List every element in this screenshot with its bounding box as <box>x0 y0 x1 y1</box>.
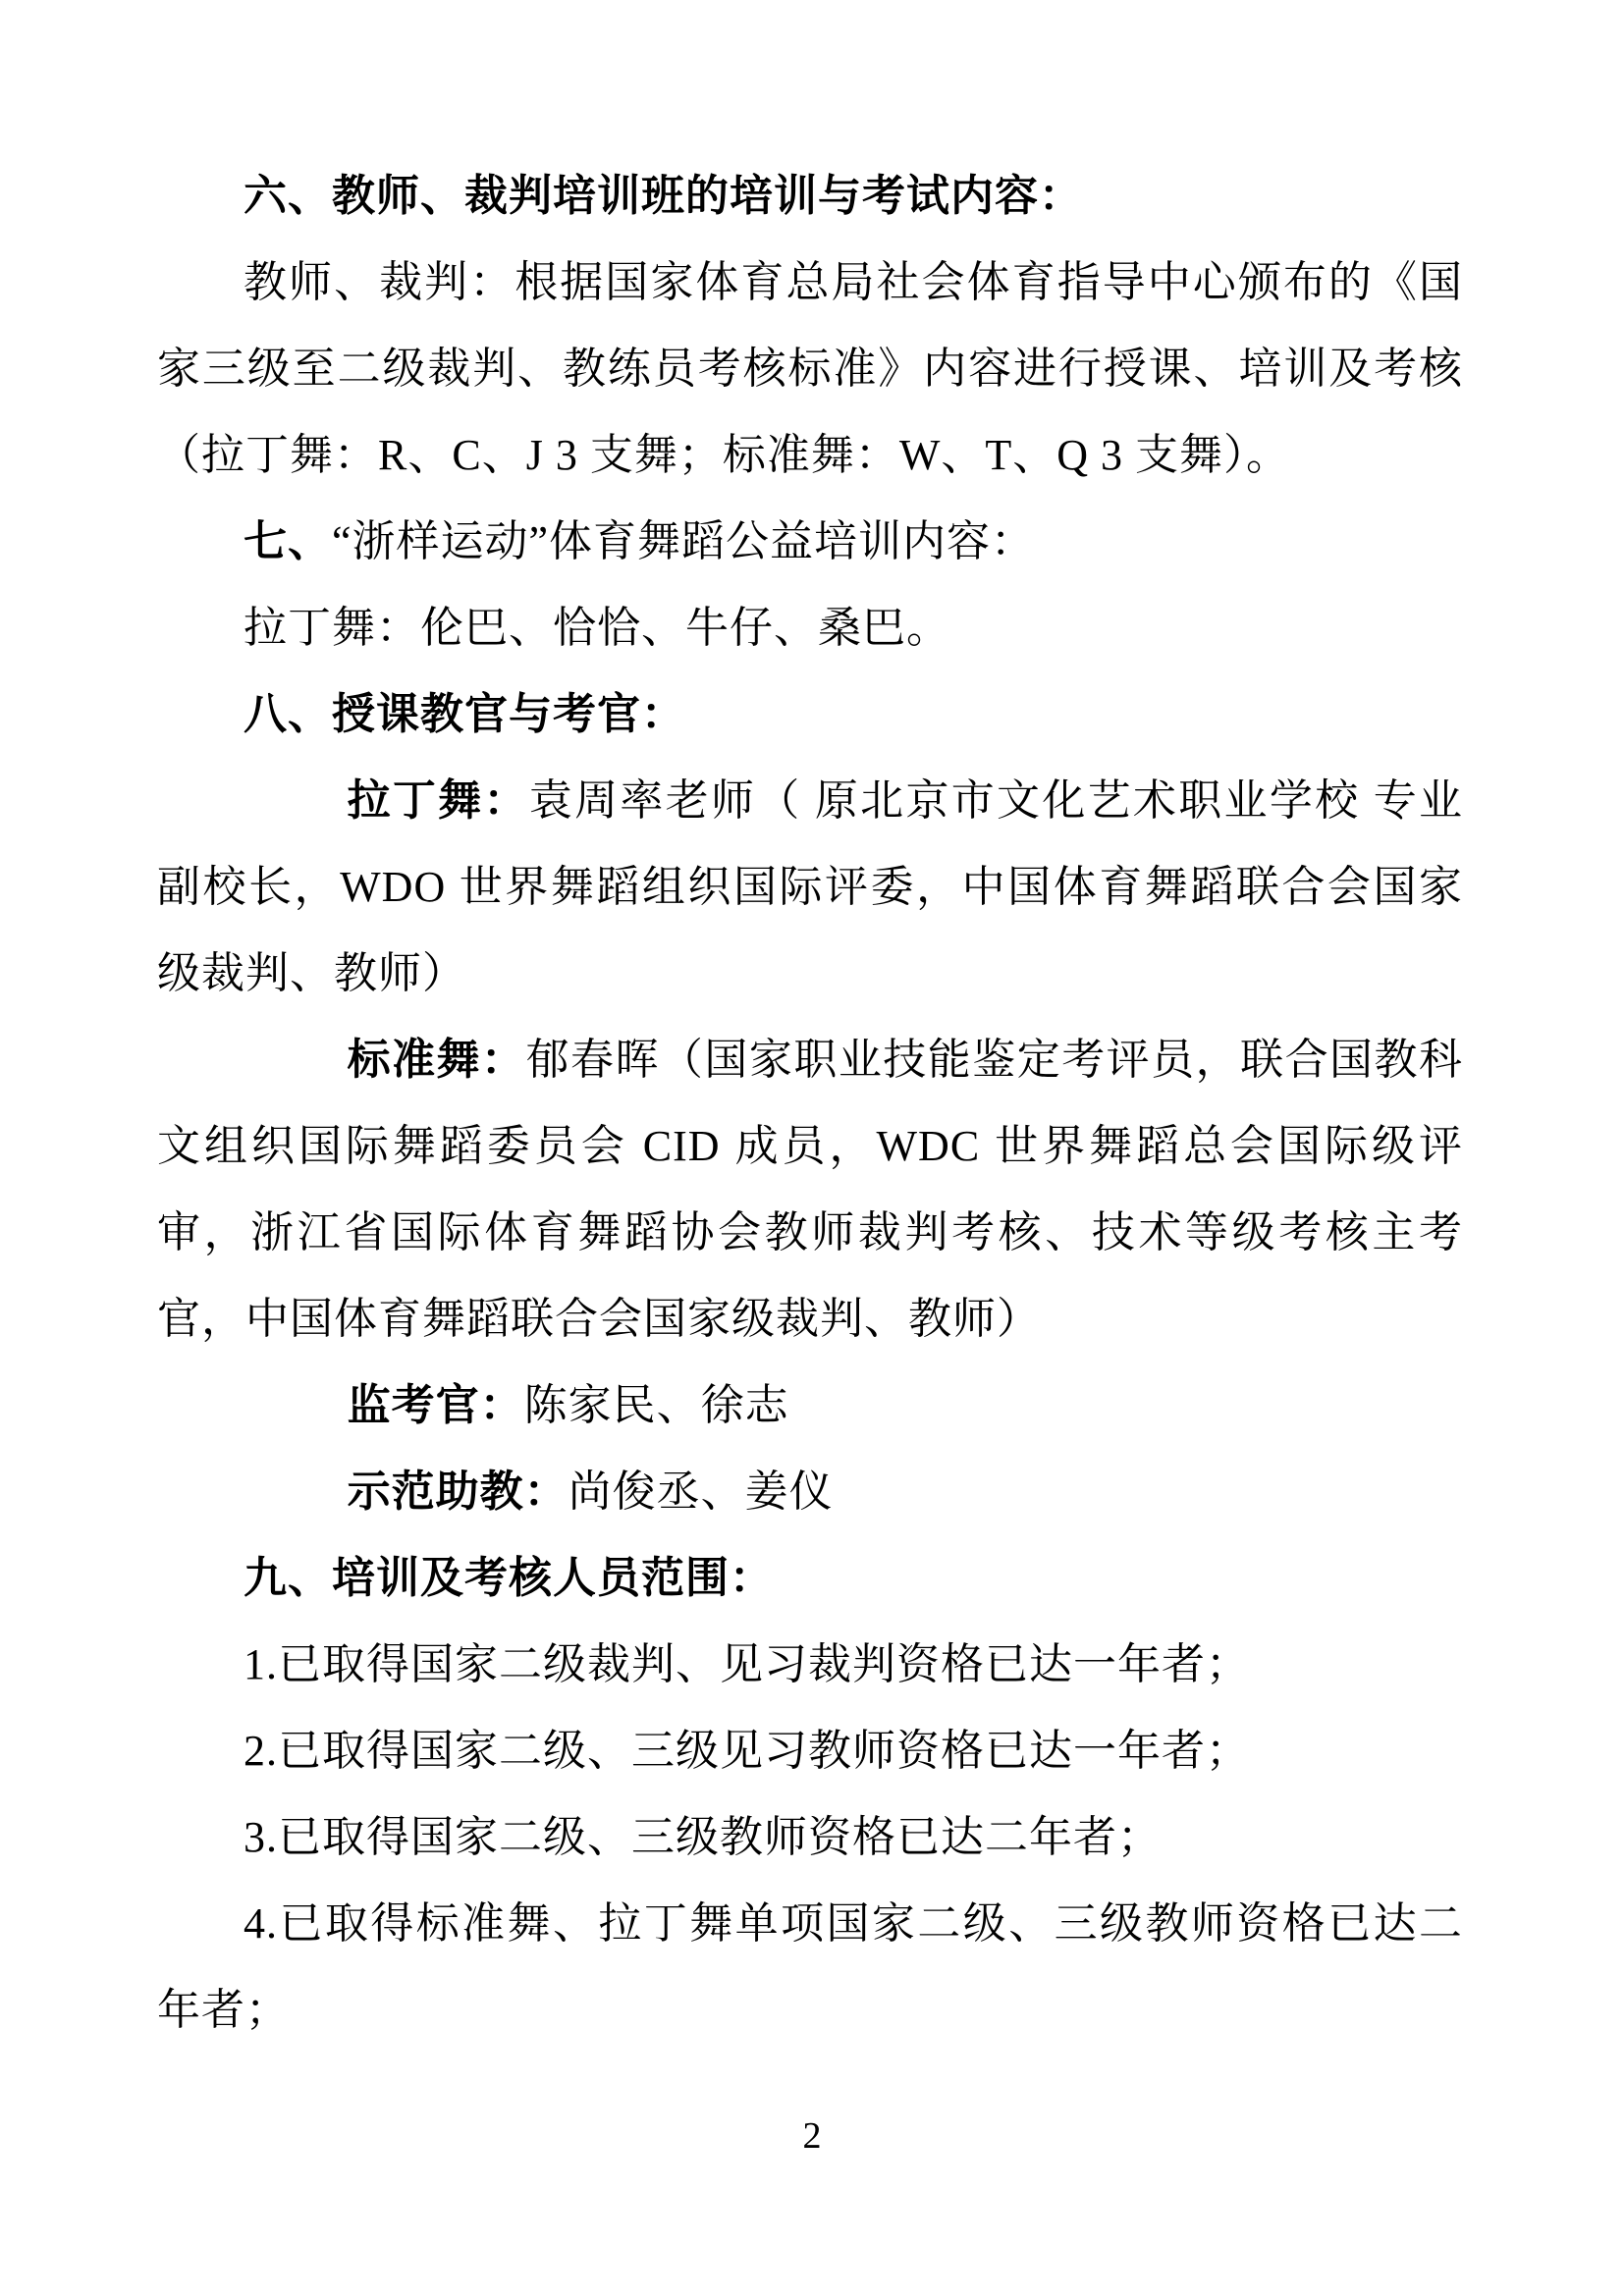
section7-heading-number: 七、 <box>244 517 332 565</box>
requirement-item-3: 3.已取得国家二级、三级教师资格已达二年者； <box>157 1794 1463 1881</box>
section6-heading: 六、教师、裁判培训班的培训与考试内容： <box>157 153 1463 240</box>
standard-label: 标准舞： <box>348 1036 526 1084</box>
latin-teacher-paragraph: 拉丁舞：袁周率老师（ 原北京市文化艺术职业学校 专业副校长，WDO 世界舞蹈组织… <box>157 758 1463 1017</box>
section9-heading: 九、培训及考核人员范围： <box>157 1535 1463 1622</box>
requirement-item-2: 2.已取得国家二级、三级见习教师资格已达一年者； <box>157 1708 1463 1794</box>
section6-heading-text: 六、教师、裁判培训班的培训与考试内容： <box>244 172 1083 220</box>
section7-body: 拉丁舞：伦巴、恰恰、牛仔、桑巴。 <box>157 585 1463 671</box>
section8-heading: 八、授课教官与考官： <box>157 671 1463 758</box>
assistant-text: 尚俊丞、姜仪 <box>568 1468 834 1516</box>
section8-heading-text: 八、授课教官与考官： <box>244 690 685 738</box>
standard-teacher-paragraph: 标准舞：郁春晖（国家职业技能鉴定考评员，联合国教科文组织国际舞蹈委员会 CID … <box>157 1017 1463 1362</box>
document-content: 六、教师、裁判培训班的培训与考试内容： 教师、裁判：根据国家体育总局社会体育指导… <box>157 153 1463 2054</box>
page-number: 2 <box>0 2112 1624 2160</box>
section6-body: 教师、裁判：根据国家体育总局社会体育指导中心颁布的《国家三级至二级裁判、教练员考… <box>157 240 1463 499</box>
section7-heading: 七、“浙样运动”体育舞蹈公益培训内容： <box>157 499 1463 585</box>
assistant-label: 示范助教： <box>348 1468 568 1516</box>
assistant-paragraph: 示范助教：尚俊丞、姜仪 <box>157 1449 1463 1535</box>
requirement-item-4: 4.已取得标准舞、拉丁舞单项国家二级、三级教师资格已达二年者； <box>157 1881 1463 2054</box>
document-page: 六、教师、裁判培训班的培训与考试内容： 教师、裁判：根据国家体育总局社会体育指导… <box>0 0 1624 2296</box>
latin-label: 拉丁舞： <box>348 776 529 825</box>
requirement-item-1: 1.已取得国家二级裁判、见习裁判资格已达一年者； <box>157 1622 1463 1708</box>
proctor-text: 陈家民、徐志 <box>524 1381 789 1429</box>
proctor-label: 监考官： <box>348 1381 524 1429</box>
section7-heading-text: “浙样运动”体育舞蹈公益培训内容： <box>332 517 1035 565</box>
proctor-paragraph: 监考官：陈家民、徐志 <box>157 1362 1463 1449</box>
section9-heading-text: 九、培训及考核人员范围： <box>244 1554 774 1602</box>
